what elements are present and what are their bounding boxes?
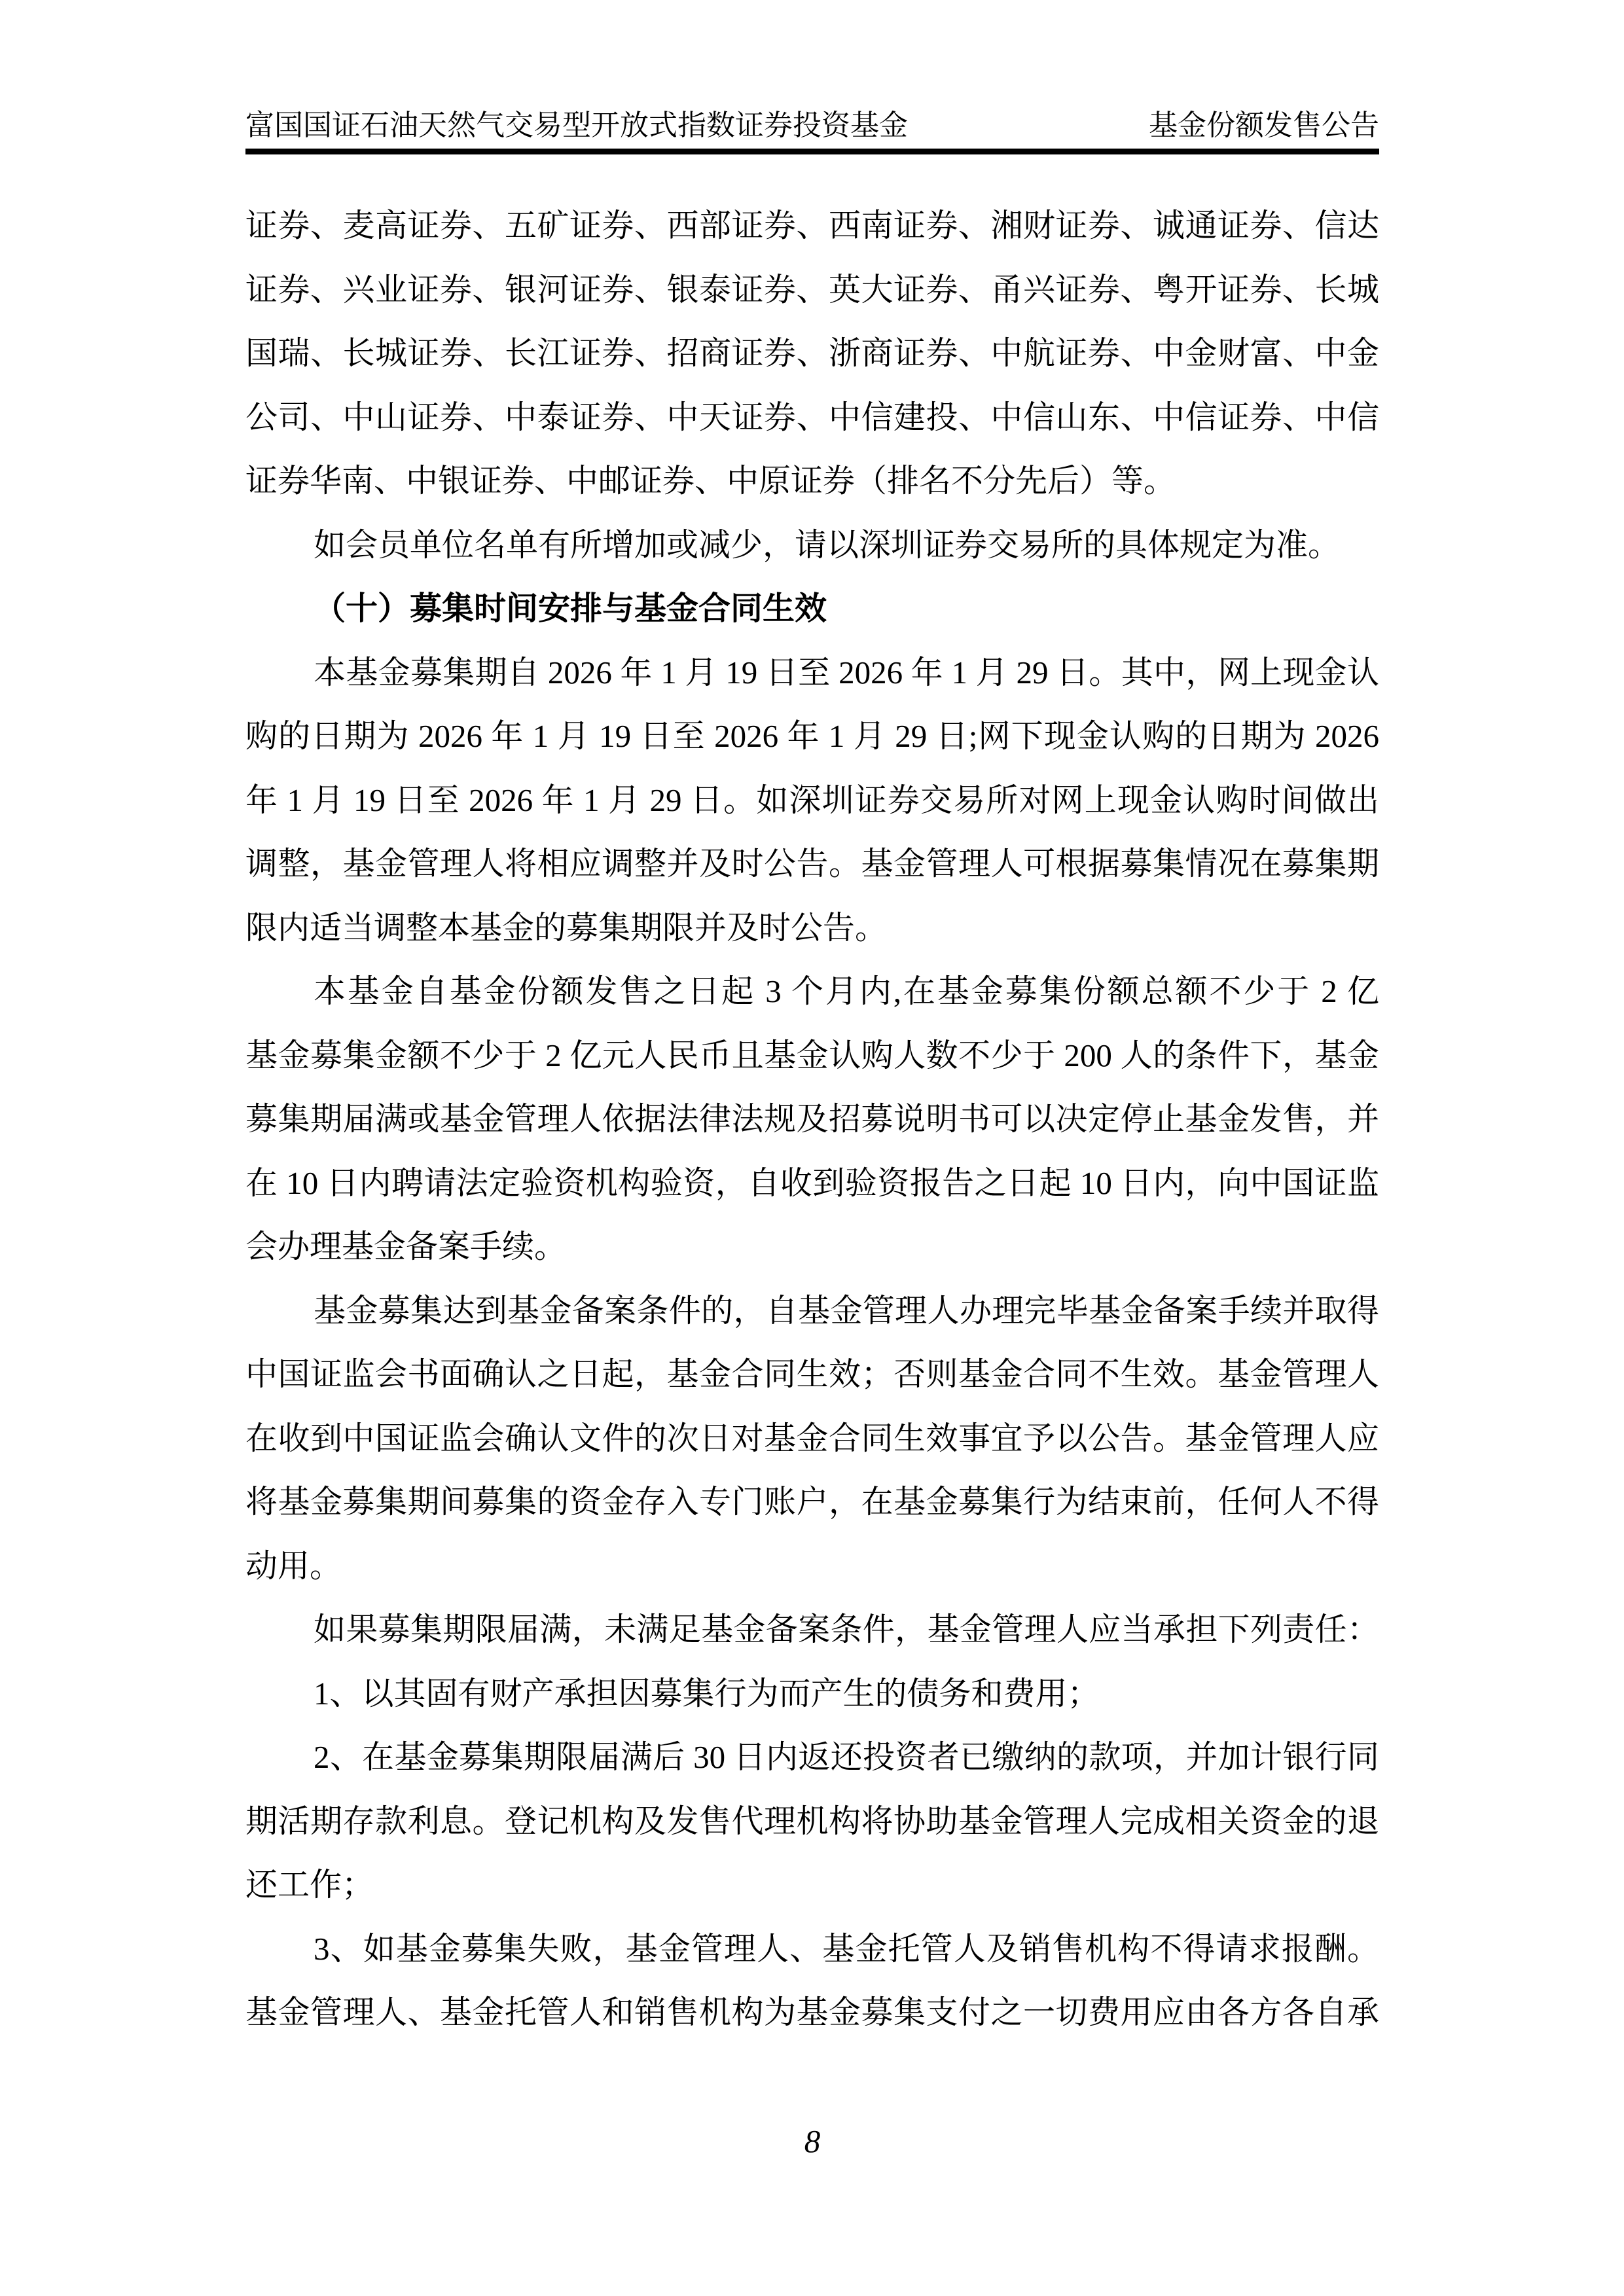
body-line: 年 1 月 19 日至 2026 年 1 月 29 日。如深圳证券交易所对网上现… [245,768,1379,833]
body-line: 证券、兴业证券、银河证券、银泰证券、英大证券、甬兴证券、粤开证券、长城 [245,258,1379,322]
body-line: 募集期届满或基金管理人依据法律法规及招募说明书可以决定停止基金发售，并 [245,1087,1379,1151]
body-line: 在收到中国证监会确认文件的次日对基金合同生效事宜予以公告。基金管理人应 [245,1407,1379,1471]
body-line: 国瑞、长城证券、长江证券、招商证券、浙商证券、中航证券、中金财富、中金 [245,321,1379,386]
body-line: 证券华南、中银证券、中邮证券、中原证券（排名不分先后）等。 [245,449,1379,513]
page-header: 富国国证石油天然气交易型开放式指数证券投资基金 基金份额发售公告 [245,110,1379,141]
body-line: 证券、麦高证券、五矿证券、西部证券、西南证券、湘财证券、诚通证券、信达 [245,194,1379,258]
document-body: 证券、麦高证券、五矿证券、西部证券、西南证券、湘财证券、诚通证券、信达证券、兴业… [245,194,1379,2045]
body-line: 公司、中山证券、中泰证券、中天证券、中信建投、中信山东、中信证券、中信 [245,386,1379,450]
header-right-title: 基金份额发售公告 [1149,110,1379,141]
header-divider [245,149,1379,154]
body-line: 3、如基金募集失败，基金管理人、基金托管人及销售机构不得请求报酬。 [245,1917,1379,1981]
body-line: 1、以其固有财产承担因募集行为而产生的债务和费用； [245,1662,1379,1726]
body-line: 会办理基金备案手续。 [245,1215,1379,1279]
body-line: 调整，基金管理人将相应调整并及时公告。基金管理人可根据募集情况在募集期 [245,832,1379,896]
body-line: 限内适当调整本基金的募集期限并及时公告。 [245,896,1379,960]
body-line: 还工作； [245,1853,1379,1917]
body-line: 如果募集期限届满，未满足基金备案条件，基金管理人应当承担下列责任： [245,1598,1379,1662]
body-line: 购的日期为 2026 年 1 月 19 日至 2026 年 1 月 29 日;网… [245,704,1379,768]
body-line: 在 10 日内聘请法定验资机构验资，自收到验资报告之日起 10 日内，向中国证监 [245,1151,1379,1215]
body-line: 基金募集金额不少于 2 亿元人民币且基金认购人数不少于 200 人的条件下，基金 [245,1024,1379,1088]
document-page: 富国国证石油天然气交易型开放式指数证券投资基金 基金份额发售公告 证券、麦高证券… [0,0,1624,2296]
header-left-title: 富国国证石油天然气交易型开放式指数证券投资基金 [245,110,908,141]
body-line: 中国证监会书面确认之日起，基金合同生效；否则基金合同不生效。基金管理人 [245,1342,1379,1407]
section-heading: （十）募集时间安排与基金合同生效 [245,577,1379,641]
body-line: 将基金募集期间募集的资金存入专门账户，在基金募集行为结束前，任何人不得 [245,1470,1379,1534]
body-line: 本基金募集期自 2026 年 1 月 19 日至 2026 年 1 月 29 日… [245,641,1379,705]
body-line: 2、在基金募集期限届满后 30 日内返还投资者已缴纳的款项，并加计银行同 [245,1725,1379,1789]
page-number: 8 [245,2109,1379,2174]
body-line: 动用。 [245,1534,1379,1598]
body-line: 本基金自基金份额发售之日起 3 个月内,在基金募集份额总额不少于 2 亿份， [245,960,1379,1024]
body-line: 如会员单位名单有所增加或减少，请以深圳证券交易所的具体规定为准。 [245,513,1379,577]
body-line: 基金管理人、基金托管人和销售机构为基金募集支付之一切费用应由各方各自承 [245,1981,1379,2045]
body-line: 期活期存款利息。登记机构及发售代理机构将协助基金管理人完成相关资金的退 [245,1789,1379,1854]
body-line: 基金募集达到基金备案条件的，自基金管理人办理完毕基金备案手续并取得 [245,1279,1379,1343]
